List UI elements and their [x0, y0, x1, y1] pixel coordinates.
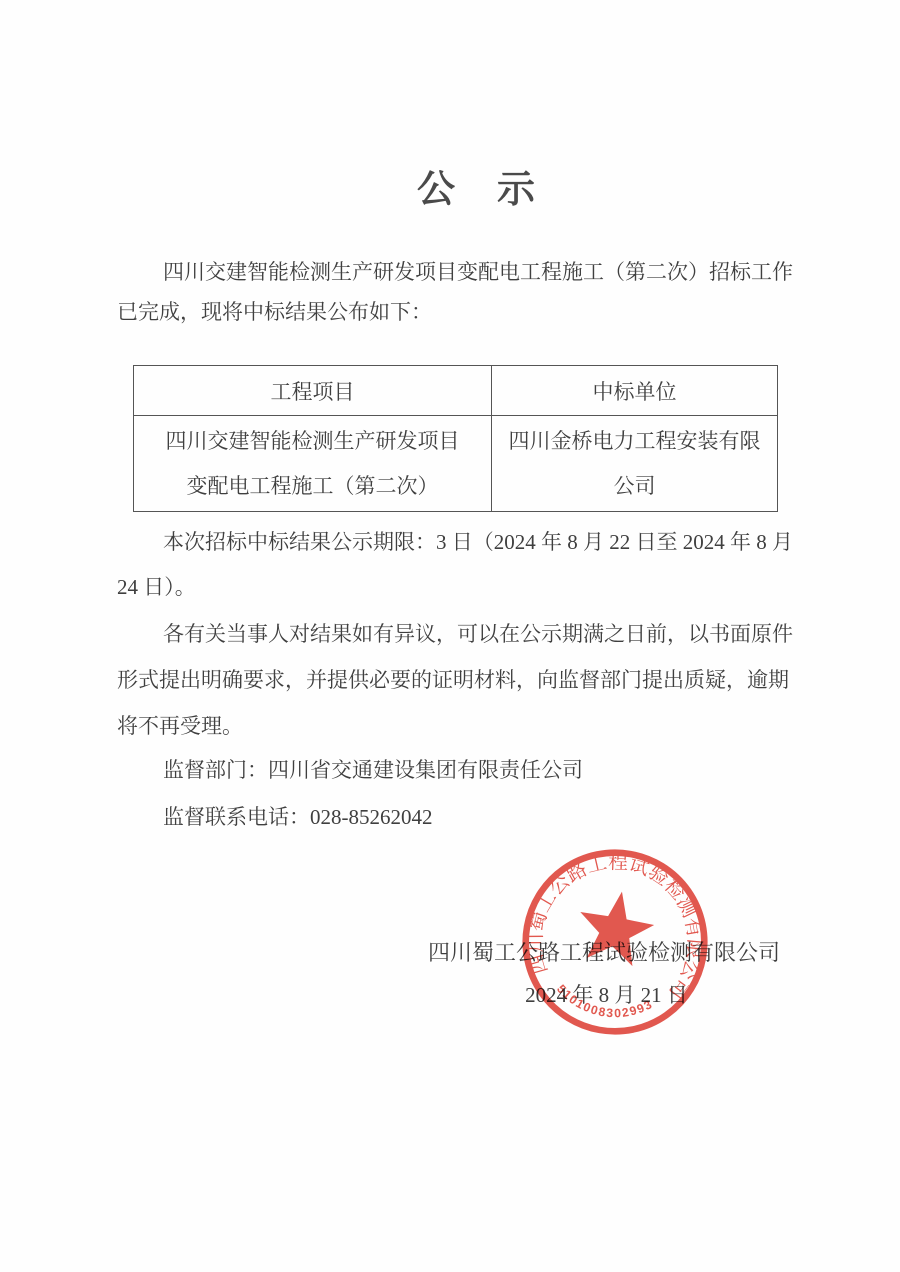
table-row: 四川交建智能检测生产研发项目 变配电工程施工（第二次） 四川金桥电力工程安装有限…	[134, 416, 778, 512]
objection-line: 各有关当事人对结果如有异议，可以在公示期满之日前，以书面原件	[117, 611, 817, 657]
column-header-winner: 中标单位	[492, 366, 778, 416]
announcement-page: 公 示 四川交建智能检测生产研发项目变配电工程施工（第二次）招标工作 已完成，现…	[0, 0, 900, 1272]
supervisor-line: 监督部门：四川省交通建设集团有限责任公司	[163, 754, 583, 784]
winner-cell: 四川金桥电力工程安装有限 公司	[492, 416, 778, 512]
table-header-row: 工程项目 中标单位	[134, 366, 778, 416]
column-header-project: 工程项目	[134, 366, 492, 416]
intro-line: 已完成，现将中标结果公布如下：	[117, 292, 817, 332]
signature-company: 四川蜀工公路工程试验检测有限公司	[428, 936, 780, 967]
supervisor-phone-line: 监督联系电话：028-85262042	[163, 801, 433, 831]
intro-paragraph: 四川交建智能检测生产研发项目变配电工程施工（第二次）招标工作 已完成，现将中标结…	[117, 252, 817, 332]
publicity-period-paragraph: 本次招标中标结果公示期限：3 日（2024 年 8 月 22 日至 2024 年…	[117, 520, 817, 610]
winner-cell-line: 四川金桥电力工程安装有限	[492, 419, 777, 464]
period-line: 24 日）。	[117, 565, 817, 610]
objection-paragraph: 各有关当事人对结果如有异议，可以在公示期满之日前，以书面原件 形式提出明确要求，…	[117, 611, 817, 749]
bid-result-table: 工程项目 中标单位 四川交建智能检测生产研发项目 变配电工程施工（第二次） 四川…	[133, 365, 778, 512]
period-line: 本次招标中标结果公示期限：3 日（2024 年 8 月 22 日至 2024 年…	[117, 520, 817, 565]
project-cell: 四川交建智能检测生产研发项目 变配电工程施工（第二次）	[134, 416, 492, 512]
project-cell-line: 四川交建智能检测生产研发项目	[134, 419, 491, 464]
intro-line: 四川交建智能检测生产研发项目变配电工程施工（第二次）招标工作	[117, 252, 817, 292]
objection-line: 将不再受理。	[117, 703, 817, 749]
signature-date: 2024 年 8 月 21 日	[428, 979, 785, 1009]
project-cell-line: 变配电工程施工（第二次）	[134, 464, 491, 509]
page-title: 公 示	[27, 158, 900, 213]
winner-cell-line: 公司	[492, 464, 777, 509]
objection-line: 形式提出明确要求，并提供必要的证明材料，向监督部门提出质疑，逾期	[117, 657, 817, 703]
